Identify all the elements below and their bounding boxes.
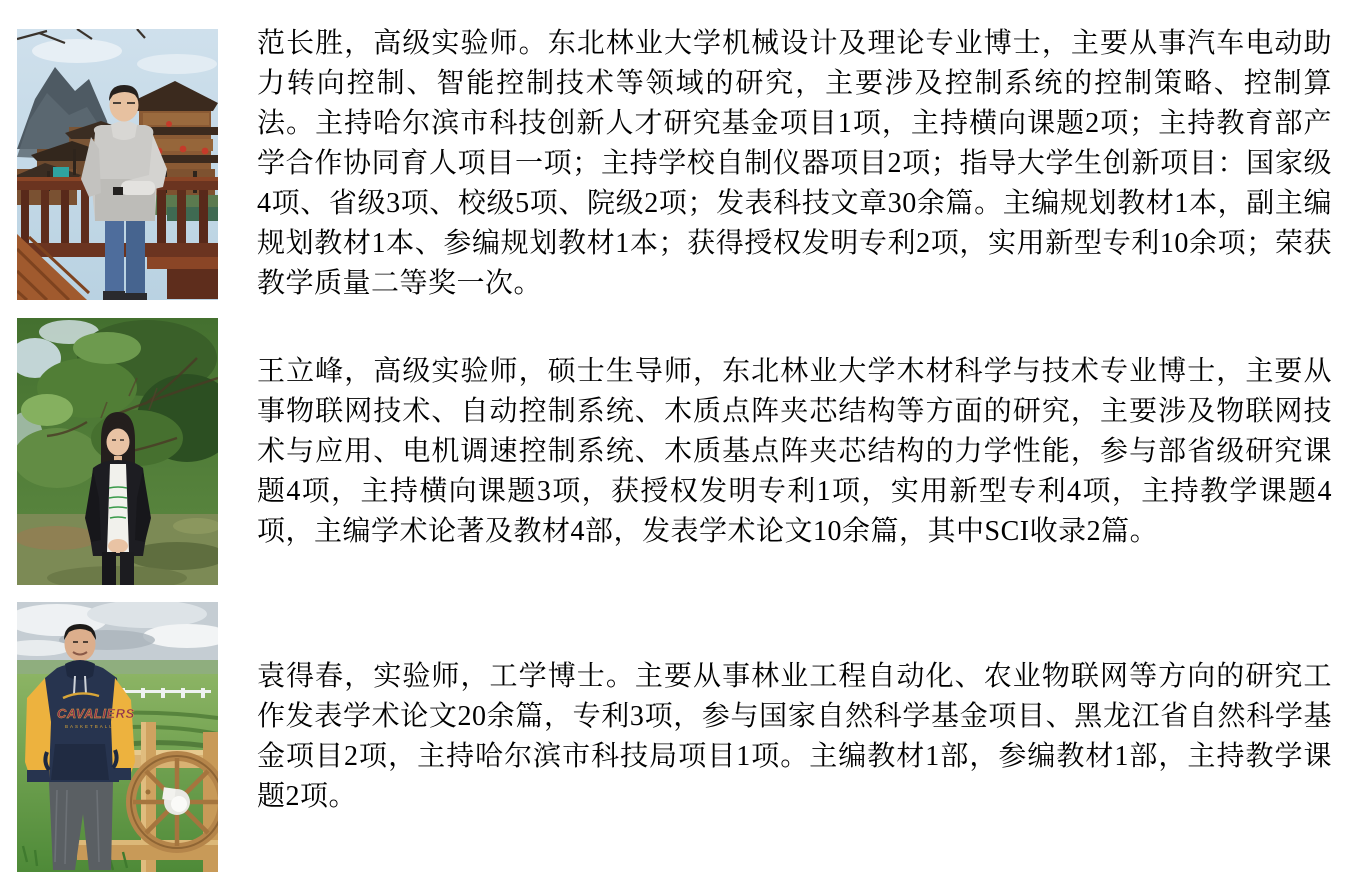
hoodie-text-main: CAVALIERS [57, 706, 135, 721]
hoodie-text-sub: BASKETBALL [65, 724, 114, 729]
photo-yuan-dechun: CAVALIERS BASKETBALL [17, 602, 218, 872]
photo-wang-lifeng [17, 318, 218, 585]
bio-wang-lifeng: 王立峰，高级实验师，硕士生导师，东北林业大学木材科学与技术专业博士，主要从事物联… [257, 352, 1332, 552]
photo-grassland-scene: CAVALIERS BASKETBALL [17, 602, 218, 872]
bio-fan-changsheng: 范长胜，高级实验师。东北林业大学机械设计及理论专业博士，主要从事汽车电动助力转向… [257, 24, 1332, 304]
faculty-profiles-page: 范长胜，高级实验师。东北林业大学机械设计及理论专业博士，主要从事汽车电动助力转向… [0, 0, 1367, 889]
photo-village-scene [17, 29, 218, 300]
photo-fan-changsheng [17, 29, 218, 300]
profile-row-wang-lifeng: 王立峰，高级实验师，硕士生导师，东北林业大学木材科学与技术专业博士，主要从事物联… [17, 318, 1367, 585]
bio-yuan-dechun: 袁得春，实验师，工学博士。主要从事林业工程自动化、农业物联网等方向的研究工作发表… [257, 657, 1332, 817]
photo-garden-scene [17, 318, 218, 585]
profile-row-yuan-dechun: CAVALIERS BASKETBALL 袁得春，实验师，工学博士。主要从事林业… [17, 602, 1367, 872]
profile-row-fan-changsheng: 范长胜，高级实验师。东北林业大学机械设计及理论专业博士，主要从事汽车电动助力转向… [17, 24, 1367, 304]
